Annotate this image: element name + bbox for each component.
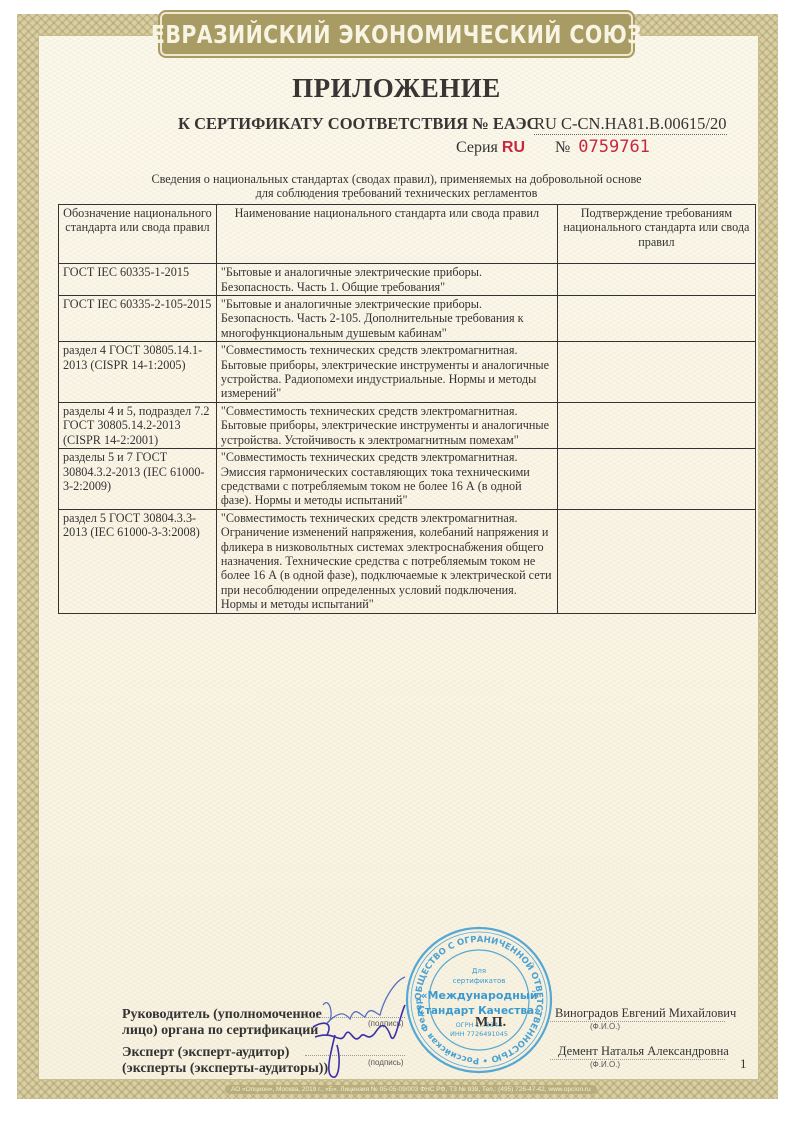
confirmation-cell — [557, 509, 755, 613]
expert-label: Эксперт (эксперт-аудитор) (эксперты (экс… — [122, 1045, 328, 1077]
series-value: RU — [502, 139, 525, 156]
standard-name-cell: "Совместимость технических средств элект… — [216, 449, 557, 510]
banner-text: ЕВРАЗИЙСКИЙ ЭКОНОМИЧЕСКИЙ СОЮЗ — [151, 20, 642, 49]
handwritten-signatures — [305, 975, 415, 1085]
table-row: разделы 5 и 7 ГОСТ 30804.3.2-2013 (IEC 6… — [59, 449, 756, 510]
table-row: раздел 5 ГОСТ 30804.3.3-2013 (IEC 61000-… — [59, 509, 756, 613]
standard-name-cell: "Бытовые и аналогичные электрические при… — [216, 296, 557, 342]
expert-label-line-1: Эксперт (эксперт-аудитор) — [122, 1045, 328, 1061]
head-fio-caption: (Ф.И.О.) — [590, 1022, 620, 1031]
page-number: 1 — [740, 1056, 747, 1072]
seal-mark: М.П. — [475, 1015, 506, 1031]
expert-full-name: Демент Наталья Александровна — [558, 1044, 729, 1059]
head-label-line-2: лицо) органа по сертификации — [122, 1023, 322, 1039]
standard-name-cell: "Совместимость технических средств элект… — [216, 509, 557, 613]
intro-line-2: для соблюдения требований технических ре… — [0, 186, 793, 200]
series-label: Серия — [456, 139, 498, 156]
confirmation-cell — [557, 342, 755, 403]
number-label: № — [555, 139, 570, 156]
standard-name-cell: "Бытовые и аналогичные электрические при… — [216, 264, 557, 296]
certificate-number: RU C-CN.HA81.B.00615/20 — [534, 114, 727, 135]
svg-text:Для: Для — [472, 967, 486, 975]
blank-number: 0759761 — [578, 137, 650, 157]
head-of-body-label: Руководитель (уполномоченное лицо) орган… — [122, 1007, 322, 1039]
standard-name-cell: "Совместимость технических средств элект… — [216, 342, 557, 403]
column-header-designation: Обозначение национального стандарта или … — [59, 205, 217, 264]
head-name-line — [550, 1021, 725, 1022]
table-row: ГОСТ IEC 60335-2-105-2015"Бытовые и анал… — [59, 296, 756, 342]
series-line: Серия RU № 0759761 — [456, 137, 650, 157]
table-header-row: Обозначение национального стандарта или … — [59, 205, 756, 264]
expert-label-line-2: (эксперты (эксперты-аудиторы)) — [122, 1061, 328, 1077]
table-row: разделы 4 и 5, подраздел 7.2 ГОСТ 30805.… — [59, 402, 756, 448]
page-title: ПРИЛОЖЕНИЕ — [0, 73, 793, 104]
head-full-name: Виноградов Евгений Михайлович — [555, 1006, 736, 1021]
table-row: раздел 4 ГОСТ 30805.14.1-2013 (CISPR 14-… — [59, 342, 756, 403]
printer-footer: АО «Опцион», Москва, 2019 г., «Б». Лицен… — [225, 1085, 597, 1094]
confirmation-cell — [557, 402, 755, 448]
standard-name-cell: "Совместимость технических средств элект… — [216, 402, 557, 448]
svg-text:ИНН 7726491045: ИНН 7726491045 — [450, 1030, 508, 1038]
standard-designation-cell: ГОСТ IEC 60335-2-105-2015 — [59, 296, 217, 342]
expert-fio-caption: (Ф.И.О.) — [590, 1060, 620, 1069]
confirmation-cell — [557, 296, 755, 342]
table-row: ГОСТ IEC 60335-1-2015"Бытовые и аналогич… — [59, 264, 756, 296]
standard-designation-cell: раздел 4 ГОСТ 30805.14.1-2013 (CISPR 14-… — [59, 342, 217, 403]
union-banner: ЕВРАЗИЙСКИЙ ЭКОНОМИЧЕСКИЙ СОЮЗ — [160, 12, 633, 56]
column-header-name: Наименование национального стандарта или… — [216, 205, 557, 264]
svg-text:«Международный: «Международный — [420, 989, 537, 1002]
standard-designation-cell: ГОСТ IEC 60335-1-2015 — [59, 264, 217, 296]
confirmation-cell — [557, 449, 755, 510]
confirmation-cell — [557, 264, 755, 296]
organization-seal-stamp: ОБЩЕСТВО С ОГРАНИЧЕННОЙ ОТВЕТСТВЕННОСТЬЮ… — [404, 925, 554, 1075]
standards-table: Обозначение национального стандарта или … — [58, 204, 756, 614]
standard-designation-cell: разделы 4 и 5, подраздел 7.2 ГОСТ 30805.… — [59, 402, 217, 448]
certificate-label: К СЕРТИФИКАТУ СООТВЕТСТВИЯ № ЕАЭС — [178, 114, 539, 134]
svg-text:сертификатов: сертификатов — [453, 977, 506, 985]
intro-text: Сведения о национальных стандартах (свод… — [0, 172, 793, 200]
standard-designation-cell: разделы 5 и 7 ГОСТ 30804.3.2-2013 (IEC 6… — [59, 449, 217, 510]
intro-line-1: Сведения о национальных стандартах (свод… — [0, 172, 793, 186]
head-label-line-1: Руководитель (уполномоченное — [122, 1007, 322, 1023]
standard-designation-cell: раздел 5 ГОСТ 30804.3.3-2013 (IEC 61000-… — [59, 509, 217, 613]
expert-name-line — [550, 1059, 725, 1060]
column-header-confirmation: Подтверждение требованиям национального … — [557, 205, 755, 264]
